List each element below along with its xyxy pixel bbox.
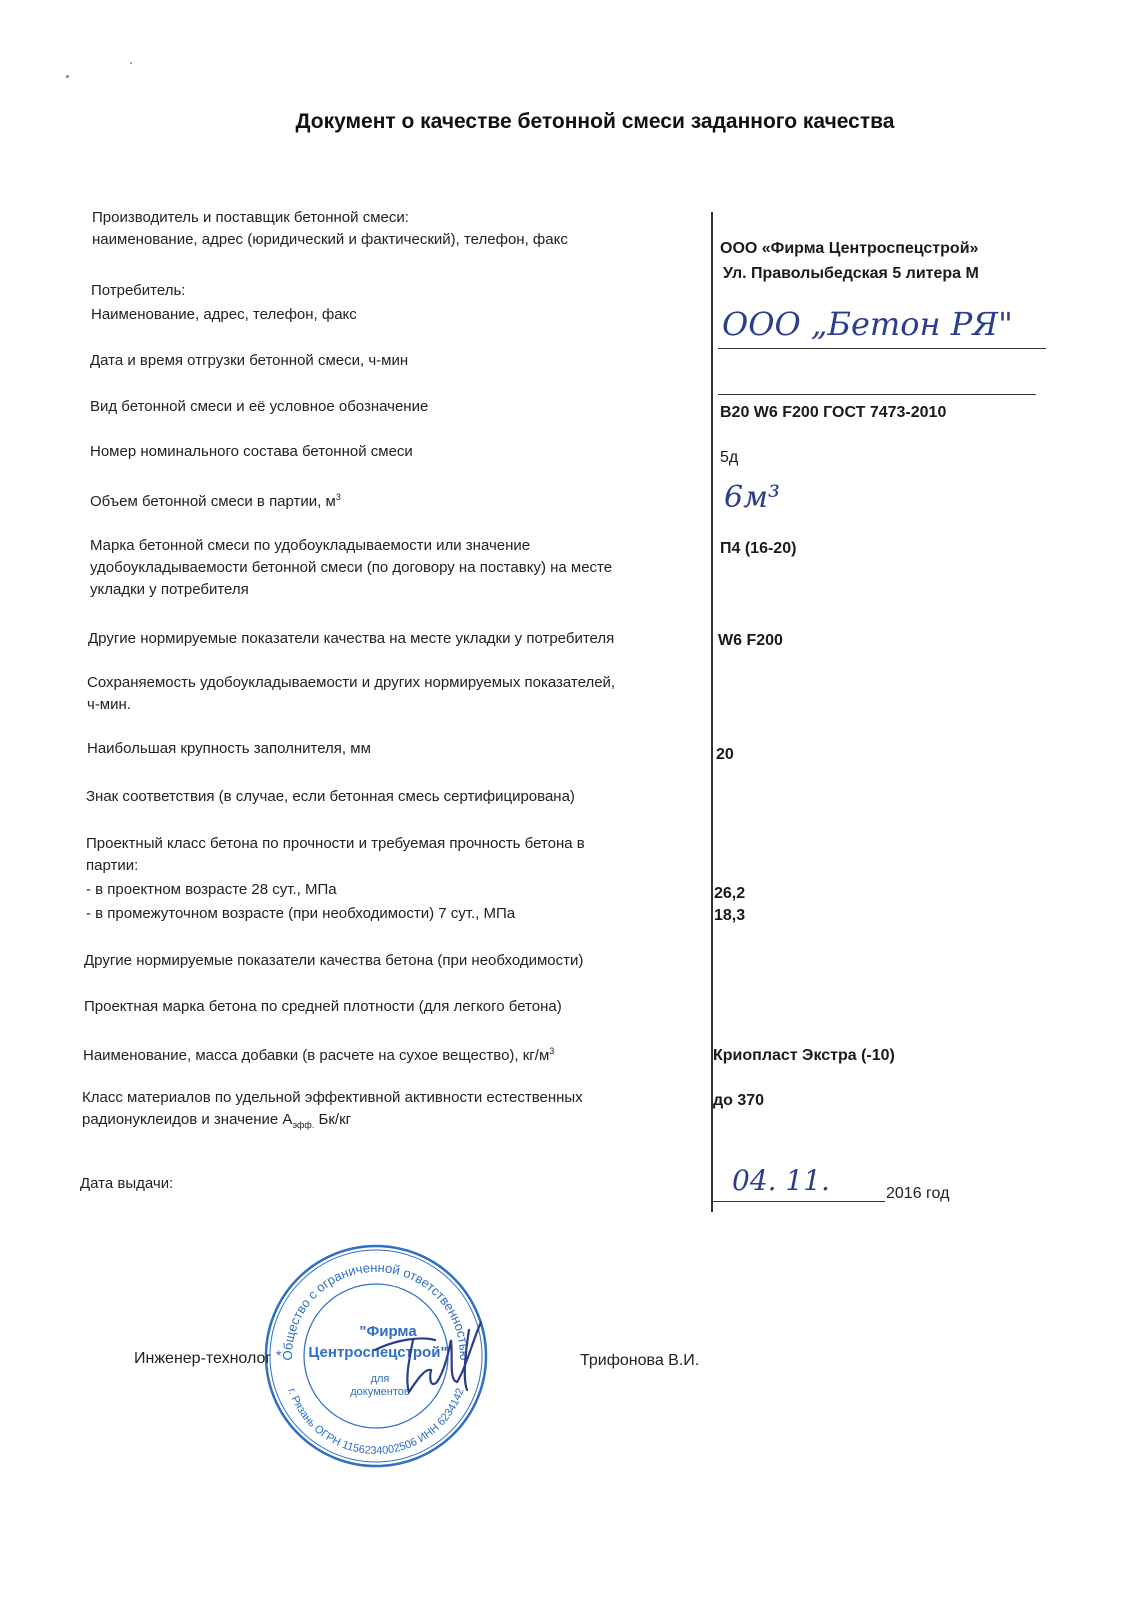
field-label-retention: Сохраняемость удобоукладываемости и друг… — [87, 672, 615, 716]
field-label-other-concrete-indicators: Другие нормируемые показатели качества б… — [84, 950, 583, 972]
field-label-strength: Проектный класс бетона по прочности и тр… — [86, 833, 585, 925]
field-value-composition-number: 5д — [720, 447, 738, 469]
field-value-producer: ООО «Фирма Центроспецстрой» Ул. Праволыб… — [720, 238, 979, 285]
field-label-workability: Марка бетонной смеси по удобоукладываемо… — [90, 535, 612, 601]
handwritten-signature — [365, 1310, 495, 1400]
field-label-additive: Наименование, масса добавки (в расчете н… — [83, 1040, 554, 1067]
document-title: Документ о качестве бетонной смеси задан… — [0, 110, 1131, 134]
signatory-name: Трифонова В.И. — [580, 1350, 699, 1372]
field-value-strength: 26,2 18,3 — [714, 883, 745, 927]
signatory-position: Инженер-технолог — [134, 1348, 271, 1370]
field-label-other-indicators: Другие нормируемые показатели качества н… — [88, 628, 614, 650]
field-label-aggregate-size: Наибольшая крупность заполнителя, мм — [87, 738, 371, 760]
scan-speck — [130, 62, 132, 64]
issue-date-handwritten: 04. 11. — [732, 1164, 830, 1197]
field-label-shipping-time: Дата и время отгрузки бетонной смеси, ч-… — [90, 350, 408, 372]
field-label-mix-type: Вид бетонной смеси и её условное обознач… — [90, 396, 428, 418]
field-label-consumer: Потребитель: Наименование, адрес, телефо… — [91, 280, 357, 326]
field-label-conformity-mark: Знак соответствия (в случае, если бетонн… — [86, 786, 575, 808]
field-value-other-indicators: W6 F200 — [718, 630, 783, 652]
field-label-volume: Объем бетонной смеси в партии, м3 — [90, 486, 341, 513]
field-value-additive: Криопласт Экстра (-10) — [713, 1045, 895, 1067]
field-value-mix-type: B20 W6 F200 ГОСТ 7473-2010 — [720, 402, 946, 424]
field-value-consumer-handwritten: ООО „Бетон РЯ" — [722, 305, 1013, 343]
svg-text:*: * — [276, 1347, 282, 1363]
field-label-composition-number: Номер номинального состава бетонной смес… — [90, 441, 413, 463]
field-label-producer: Производитель и поставщик бетонной смеси… — [92, 207, 568, 251]
field-label-radionuclide-class: Класс материалов по удельной эффективной… — [82, 1087, 583, 1136]
field-value-radionuclide-class: до 370 — [713, 1090, 764, 1112]
consumer-underline — [718, 348, 1046, 349]
field-label-density-grade: Проектная марка бетона по средней плотно… — [84, 996, 562, 1018]
field-value-workability: П4 (16-20) — [720, 538, 796, 560]
shipping-time-underline — [718, 394, 1036, 395]
field-value-aggregate-size: 20 — [716, 744, 734, 766]
issue-date-label: Дата выдачи: — [80, 1173, 173, 1195]
issue-date-underline — [711, 1201, 885, 1202]
field-value-volume-handwritten: 6м³ — [724, 480, 780, 515]
scan-speck — [66, 75, 69, 78]
issue-date-year: 2016 год — [886, 1183, 949, 1205]
